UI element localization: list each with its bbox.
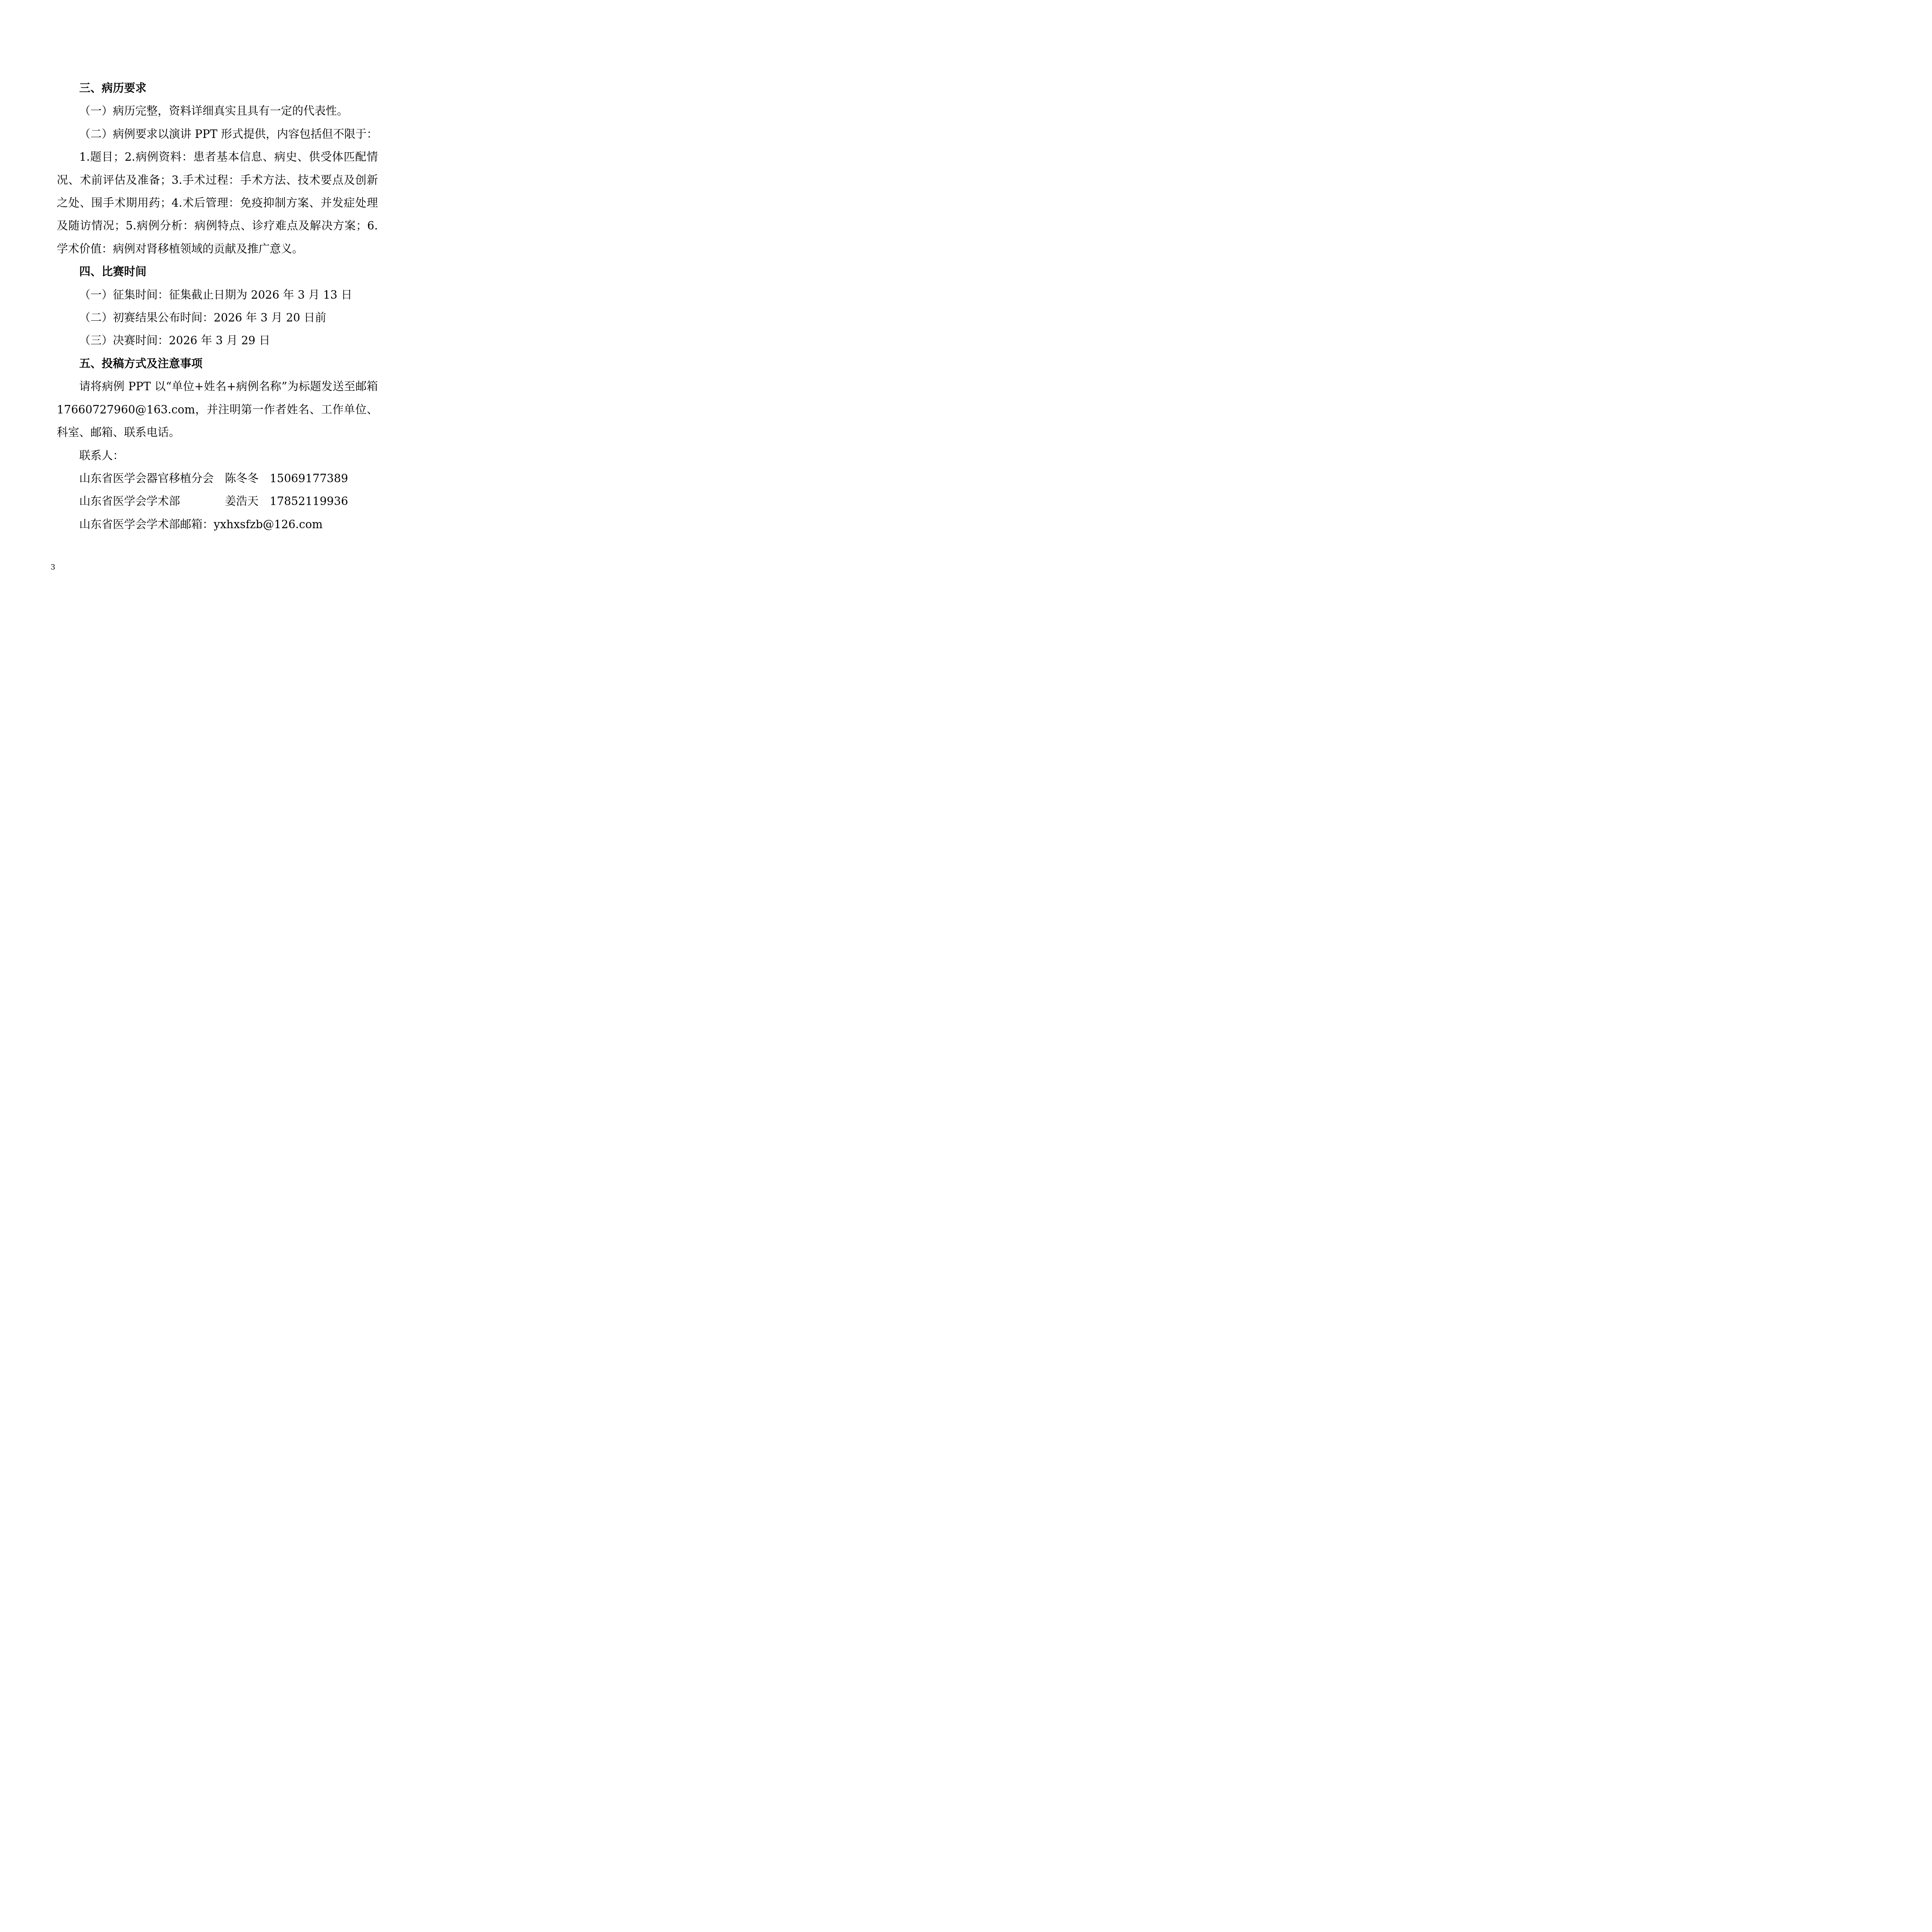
page-number: 3 bbox=[51, 564, 55, 571]
document-content: 三、病历要求 （一）病历完整，资料详细真实且具有一定的代表性。 （二）病例要求以… bbox=[57, 77, 378, 536]
para-preliminary-results-date: （二）初赛结果公布时间：2026 年 3 月 20 日前 bbox=[57, 306, 378, 329]
para-collection-deadline: （一）征集时间：征集截止日期为 2026 年 3 月 13 日 bbox=[57, 284, 378, 306]
para-final-round-date: （三）决赛时间：2026 年 3 月 29 日 bbox=[57, 329, 378, 352]
para-contact-label: 联系人： bbox=[57, 444, 378, 467]
para-academic-dept-email: 山东省医学会学术部邮箱：yxhxsfzb@126.com bbox=[57, 513, 378, 536]
heading-medical-record-requirements: 三、病历要求 bbox=[57, 77, 378, 100]
heading-submission-method: 五、投稿方式及注意事项 bbox=[57, 352, 378, 375]
para-record-completeness: （一）病历完整，资料详细真实且具有一定的代表性。 bbox=[57, 100, 378, 122]
para-submission-instructions: 请将病例 PPT 以“单位+姓名+病例名称”为标题发送至邮箱 176607279… bbox=[57, 375, 378, 444]
para-contact-transplant-branch: 山东省医学会器官移植分会 陈冬冬 15069177389 bbox=[57, 467, 378, 490]
para-ppt-format-requirement: （二）病例要求以演讲 PPT 形式提供，内容包括但不限于： bbox=[57, 123, 378, 146]
heading-competition-schedule: 四、比赛时间 bbox=[57, 260, 378, 283]
para-content-item-list: 1.题目；2.病例资料：患者基本信息、病史、供受体匹配情况、术前评估及准备；3.… bbox=[57, 146, 378, 260]
para-contact-academic-dept: 山东省医学会学术部 姜浩天 17852119936 bbox=[57, 490, 378, 513]
document-page: 三、病历要求 （一）病历完整，资料详细真实且具有一定的代表性。 （二）病例要求以… bbox=[0, 0, 429, 607]
